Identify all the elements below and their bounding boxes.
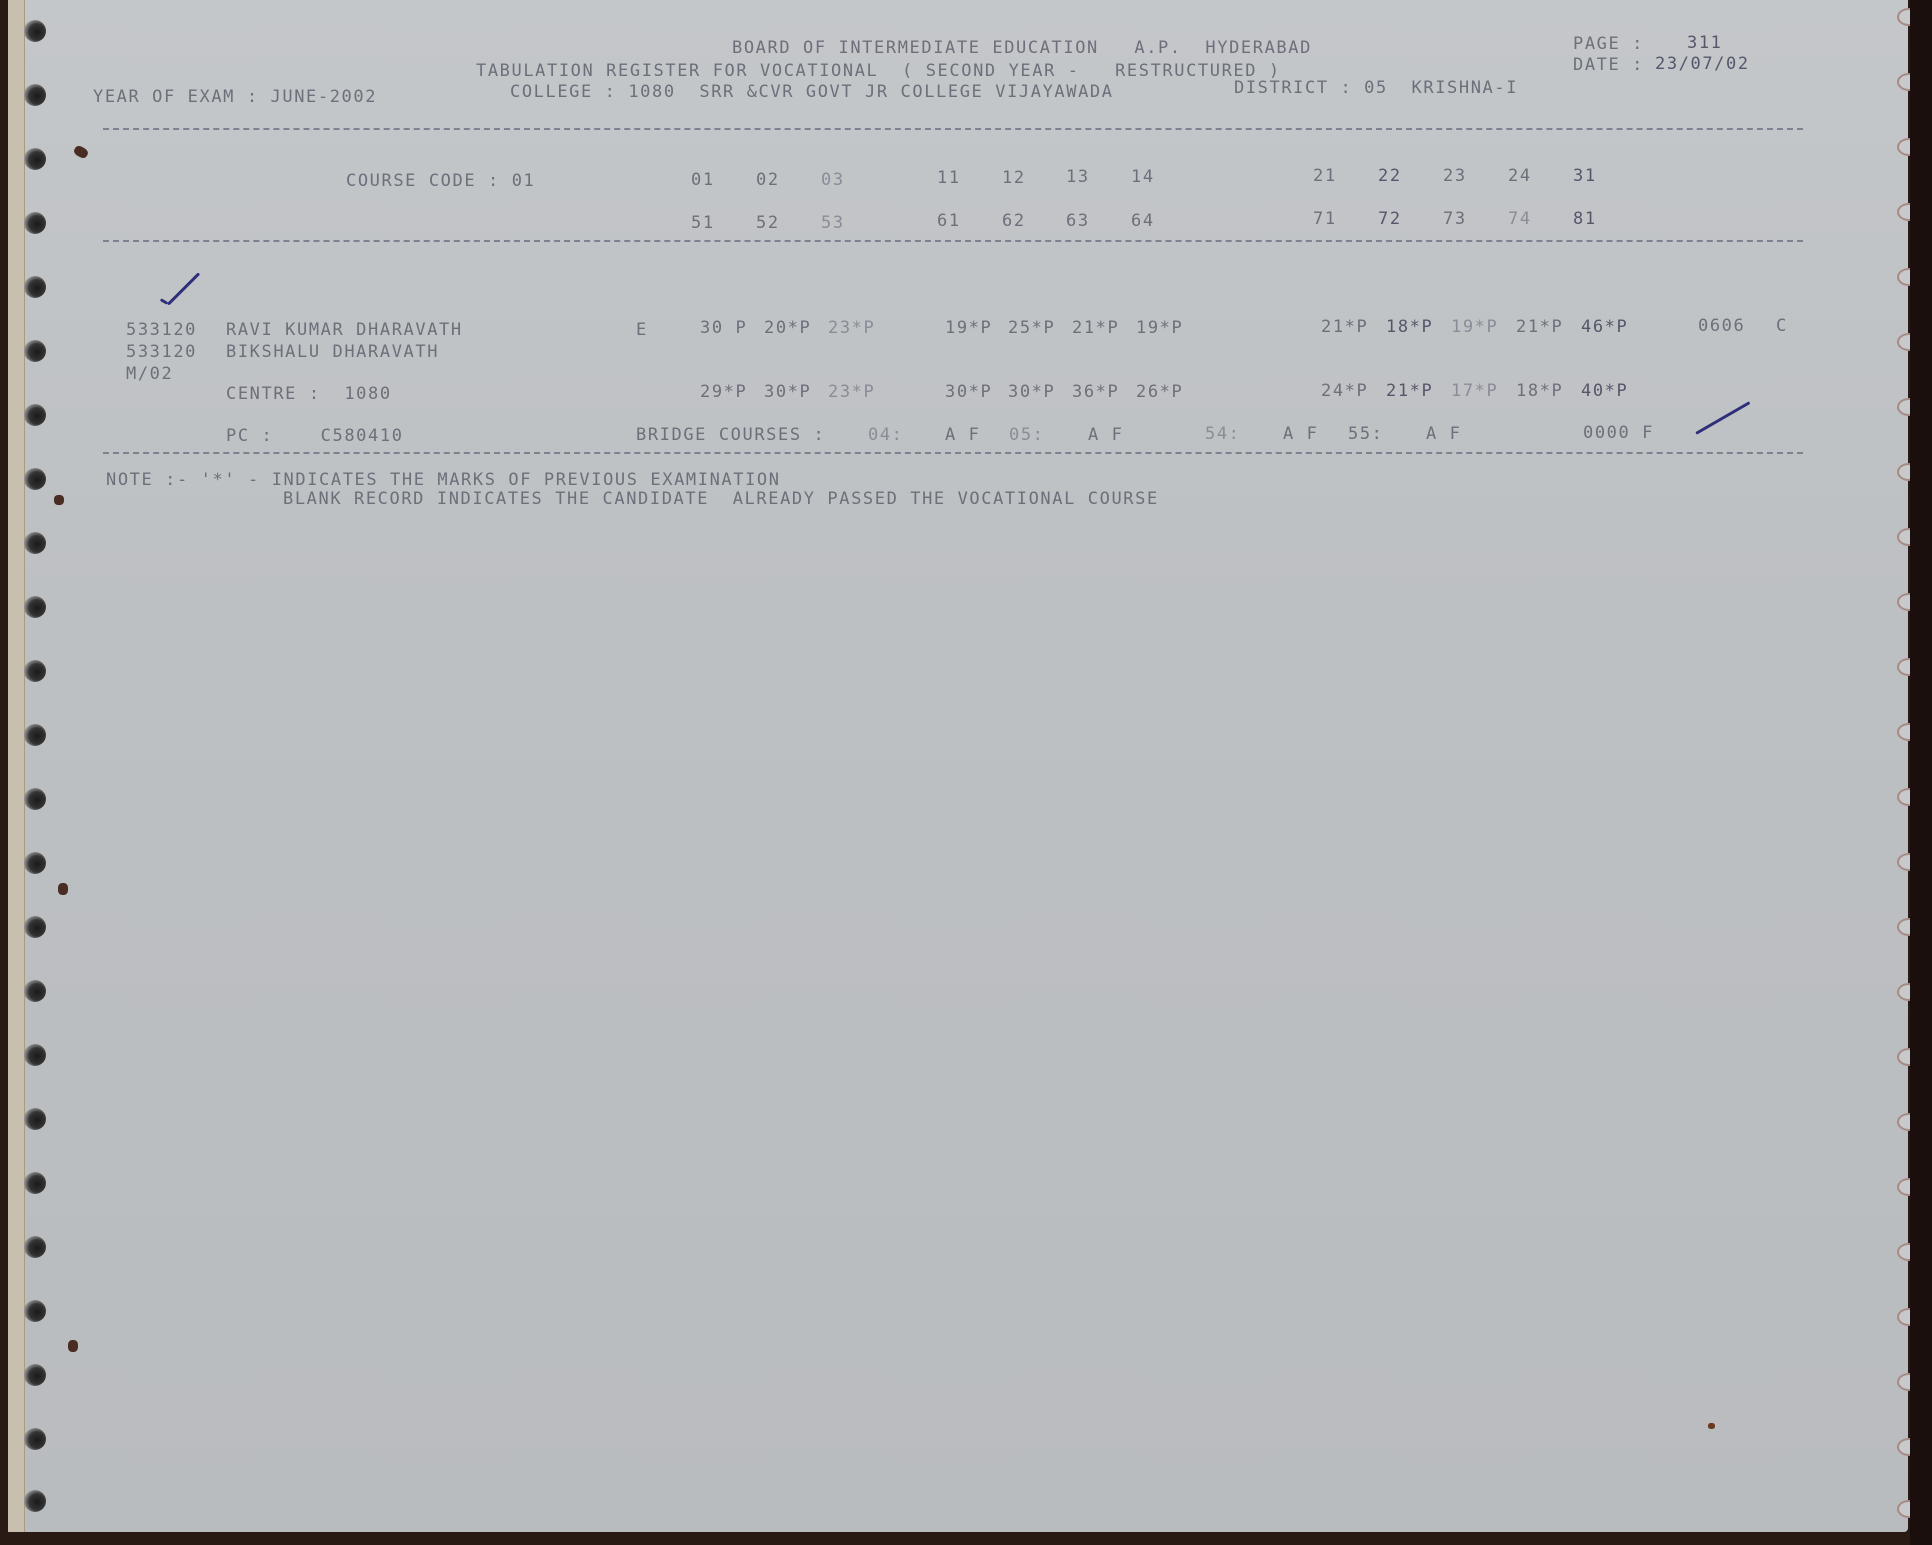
marks-cell: 30*P (1008, 382, 1055, 402)
marks-cell: 29*P (700, 382, 747, 402)
subject-code: 52 (756, 213, 780, 233)
tractor-feed-strip (8, 0, 25, 1532)
bridge-course-code: 05: (1009, 425, 1045, 445)
marks-cell: 30*P (945, 382, 992, 402)
feed-hole-icon (24, 1300, 46, 1322)
subject-code: 31 (1573, 166, 1597, 186)
feed-hole-icon (24, 660, 46, 682)
register-title: TABULATION REGISTER FOR VOCATIONAL ( SEC… (476, 61, 1281, 81)
feed-hole-icon (24, 1364, 46, 1386)
printout-sheet: BOARD OF INTERMEDIATE EDUCATION A.P. HYD… (8, 0, 1908, 1532)
subject-code: 02 (756, 170, 780, 190)
feed-hole-icon (24, 468, 46, 490)
stain-mark-icon (1708, 1423, 1715, 1429)
print-date: 23/07/02 (1655, 54, 1750, 74)
punch-mark-icon (58, 883, 68, 895)
bridge-course-result: A F (945, 425, 981, 445)
note-line-1: NOTE :- '*' - INDICATES THE MARKS OF PRE… (106, 470, 781, 490)
feed-hole-icon (24, 148, 46, 170)
father-name: BIKSHALU DHARAVATH (226, 342, 439, 362)
feed-hole-icon (24, 20, 46, 42)
marks-cell: 36*P (1072, 382, 1119, 402)
marks-cell: 30 P (700, 318, 747, 338)
candidate-category: M/02 (126, 364, 173, 384)
feed-hole-icon (24, 980, 46, 1002)
marks-cell: 17*P (1451, 381, 1498, 401)
feed-hole-icon (24, 596, 46, 618)
feed-hole-icon (24, 916, 46, 938)
district-line: DISTRICT : 05 KRISHNA-I (1234, 78, 1518, 98)
punch-mark-icon (72, 144, 89, 160)
date-label: DATE : (1573, 55, 1644, 75)
bridge-course-result: A F (1283, 424, 1319, 444)
marks-cell: 19*P (1451, 317, 1498, 337)
marks-cell: 26*P (1136, 382, 1183, 402)
bridge-course-result: A F (1426, 424, 1462, 444)
subject-code: 61 (937, 211, 961, 231)
subject-code: 14 (1131, 167, 1155, 187)
hall-ticket-number: 533120 (126, 342, 197, 362)
subject-code: 03 (821, 170, 845, 190)
feed-hole-icon (24, 1108, 46, 1130)
subject-code: 21 (1313, 166, 1337, 186)
marks-cell: 46*P (1581, 317, 1628, 337)
pen-check-mark-icon (160, 298, 168, 305)
subject-code: 51 (691, 213, 715, 233)
subject-code: 63 (1066, 211, 1090, 231)
pen-check-mark-icon (1695, 401, 1750, 435)
marks-cell: 20*P (764, 318, 811, 338)
bridge-course-code: 55: (1348, 424, 1384, 444)
subject-code: 13 (1066, 167, 1090, 187)
course-code: COURSE CODE : 01 (346, 171, 535, 191)
subject-code: 24 (1508, 166, 1532, 186)
subject-code: 81 (1573, 209, 1597, 229)
feed-hole-icon (24, 212, 46, 234)
board-title: BOARD OF INTERMEDIATE EDUCATION A.P. HYD… (732, 38, 1312, 58)
pc-code: PC : C580410 (226, 426, 404, 446)
marks-cell: 23*P (828, 382, 875, 402)
punch-mark-icon (54, 495, 64, 505)
bridge-course-code: 04: (868, 425, 904, 445)
marks-cell: 30*P (764, 382, 811, 402)
marks-cell: 40*P (1581, 381, 1628, 401)
note-line-2: BLANK RECORD INDICATES THE CANDIDATE ALR… (283, 489, 1159, 509)
feed-hole-icon (24, 532, 46, 554)
pen-check-mark-icon (167, 272, 200, 305)
feed-hole-icon (24, 340, 46, 362)
subject-code: 53 (821, 213, 845, 233)
feed-hole-icon (24, 84, 46, 106)
bridge-course-code: 54: (1205, 424, 1241, 444)
feed-hole-icon (24, 852, 46, 874)
subject-code: 12 (1002, 168, 1026, 188)
feed-hole-icon (24, 276, 46, 298)
subject-code: 74 (1508, 209, 1532, 229)
separator-line (103, 240, 1803, 242)
marks-cell: 19*P (945, 318, 992, 338)
subject-code: 64 (1131, 211, 1155, 231)
hall-ticket-number: 533120 (126, 320, 197, 340)
feed-hole-icon (24, 404, 46, 426)
college-line: COLLEGE : 1080 SRR &CVR GOVT JR COLLEGE … (510, 82, 1114, 102)
separator-line (103, 128, 1803, 130)
feed-hole-icon (24, 788, 46, 810)
marks-cell: 23*P (828, 318, 875, 338)
marks-cell: 21*P (1516, 317, 1563, 337)
bridge-courses-label: BRIDGE COURSES : (636, 425, 825, 445)
bridge-course-result: A F (1088, 425, 1124, 445)
feed-hole-icon (24, 724, 46, 746)
year-of-exam: YEAR OF EXAM : JUNE-2002 (93, 87, 377, 107)
subject-code: 23 (1443, 166, 1467, 186)
feed-hole-icon (24, 1428, 46, 1450)
page-shadow-edge (1910, 0, 1932, 1545)
marks-cell: 24*P (1321, 381, 1368, 401)
subject-code: 11 (937, 168, 961, 188)
bridge-total: 0000 F (1583, 423, 1654, 443)
feed-hole-icon (24, 1172, 46, 1194)
result-status: C (1776, 316, 1788, 336)
marks-cell: 21*P (1321, 317, 1368, 337)
feed-hole-icon (24, 1044, 46, 1066)
centre: CENTRE : 1080 (226, 384, 392, 404)
subject-code: 62 (1002, 211, 1026, 231)
feed-hole-icon (24, 1236, 46, 1258)
candidate-name: RAVI KUMAR DHARAVATH (226, 320, 463, 340)
separator-line (103, 452, 1803, 454)
marks-cell: 21*P (1386, 381, 1433, 401)
grand-total: 0606 (1698, 316, 1745, 336)
feed-hole-icon (24, 1490, 46, 1512)
marks-cell: 25*P (1008, 318, 1055, 338)
page-number: 311 (1687, 33, 1723, 53)
marks-cell: 21*P (1072, 318, 1119, 338)
subject-code: 71 (1313, 209, 1337, 229)
marks-cell: 19*P (1136, 318, 1183, 338)
subject-code: 01 (691, 170, 715, 190)
marks-cell: 18*P (1516, 381, 1563, 401)
marks-cell: 18*P (1386, 317, 1433, 337)
page-label: PAGE : (1573, 34, 1644, 54)
punch-mark-icon (68, 1340, 78, 1352)
subject-code: 72 (1378, 209, 1402, 229)
subject-code: 22 (1378, 166, 1402, 186)
subject-code: 73 (1443, 209, 1467, 229)
medium: E (636, 320, 648, 340)
